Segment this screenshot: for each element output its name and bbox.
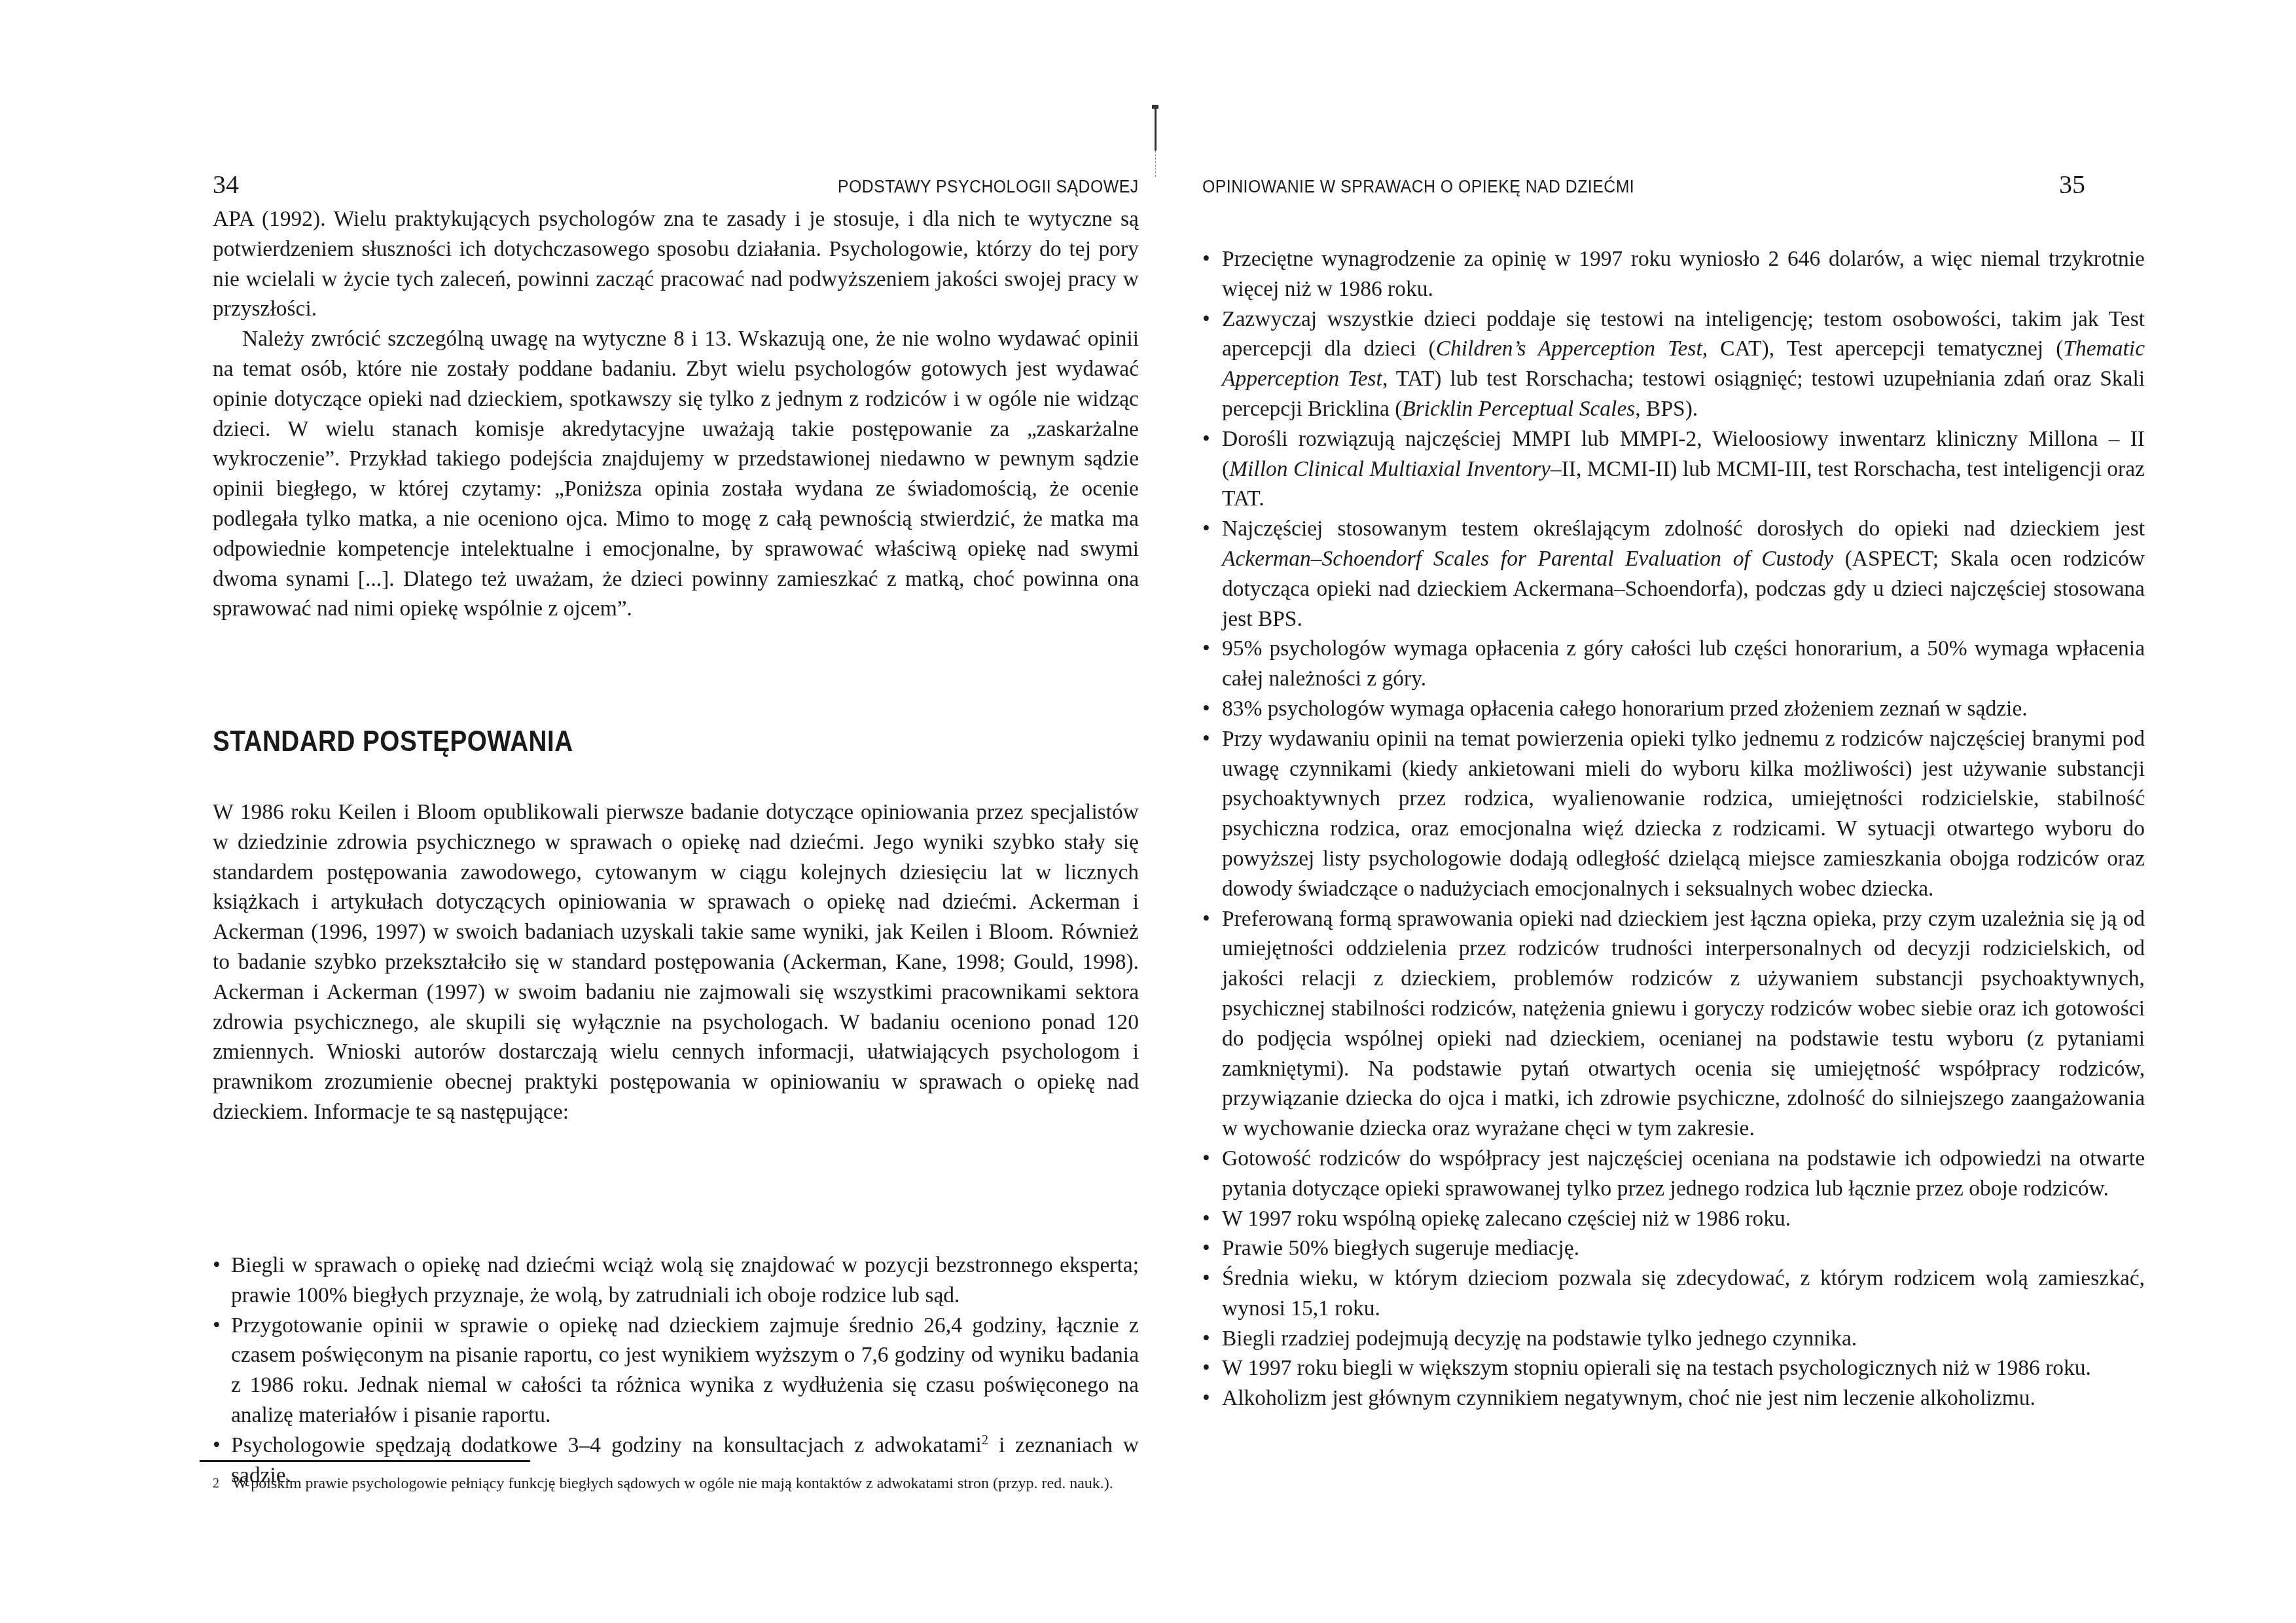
right-bullet-list: Przeciętne wynagrodzenie za opinię w 199… xyxy=(1202,244,2145,1413)
left-column: APA (1992). Wielu praktykujących psychol… xyxy=(213,204,1139,624)
italic-title: Bricklin Perceptual Scales xyxy=(1402,397,1635,421)
list-item-text: Preferowaną formą sprawowania opieki nad… xyxy=(1222,907,2145,1141)
italic-title: Children’s Apperception Test xyxy=(1436,337,1702,361)
list-item: Gotowość rodziców do współpracy jest naj… xyxy=(1202,1144,2145,1204)
left-bullet-list: Biegli w sprawach o opiekę nad dziećmi w… xyxy=(213,1250,1139,1490)
list-item: Dorośli rozwiązują najczęściej MMPI lub … xyxy=(1202,424,2145,514)
paragraph: Należy zwrócić szczególną uwagę na wytyc… xyxy=(213,324,1139,624)
footnote-divider xyxy=(200,1460,530,1462)
footnote: 2 W polskim prawie psychologowie pełniąc… xyxy=(213,1473,1126,1495)
list-item-text: Przeciętne wynagrodzenie za opinię w 199… xyxy=(1222,247,2145,301)
footnote-number: 2 xyxy=(213,1473,219,1495)
list-item: 83% psychologów wymaga opłacenia całego … xyxy=(1202,694,2145,724)
list-item-text: Alkoholizm jest głównym czynnikiem negat… xyxy=(1222,1386,2036,1410)
list-item-text: Najczęściej stosowanym testem określając… xyxy=(1222,517,2145,541)
list-item: Alkoholizm jest głównym czynnikiem negat… xyxy=(1202,1383,2145,1413)
list-item: Najczęściej stosowanym testem określając… xyxy=(1202,514,2145,634)
list-item-text: Prawie 50% biegłych sugeruje mediację. xyxy=(1222,1236,1579,1260)
list-item: Średnia wieku, w którym dzieciom pozwala… xyxy=(1202,1264,2145,1324)
list-item-text: Gotowość rodziców do współpracy jest naj… xyxy=(1222,1146,2145,1201)
list-item-text: 95% psychologów wymaga opłacenia z góry … xyxy=(1222,636,2145,691)
footnote-text: W polskim prawie psychologowie pełniący … xyxy=(213,1473,1126,1495)
list-item: W 1997 roku wspólną opiekę zalecano częś… xyxy=(1202,1204,2145,1234)
list-item-text: 83% psychologów wymaga opłacenia całego … xyxy=(1222,697,2028,721)
list-item: Prawie 50% biegłych sugeruje mediację. xyxy=(1202,1233,2145,1264)
list-item: Biegli rzadziej podejmują decyzję na pod… xyxy=(1202,1324,2145,1354)
paragraph: W 1986 roku Keilen i Bloom opublikowali … xyxy=(213,797,1139,1127)
list-item: Przeciętne wynagrodzenie za opinię w 199… xyxy=(1202,244,2145,304)
list-item: 95% psychologów wymaga opłacenia z góry … xyxy=(1202,634,2145,694)
list-item-text: Biegli rzadziej podejmują decyzję na pod… xyxy=(1222,1326,1857,1351)
right-page: OPINIOWANIE W SPRAWACH O OPIEKĘ NAD DZIE… xyxy=(1148,0,2296,1623)
running-head: PODSTAWY PSYCHOLOGII SĄDOWEJ xyxy=(838,177,1139,197)
list-item-text: W 1997 roku biegli w większym stopniu op… xyxy=(1222,1356,2091,1380)
list-item: W 1997 roku biegli w większym stopniu op… xyxy=(1202,1353,2145,1383)
footnote-ref[interactable]: 2 xyxy=(982,1433,988,1448)
list-item: Przy wydawaniu opinii na temat powierzen… xyxy=(1202,724,2145,904)
list-item: Biegli w sprawach o opiekę nad dziećmi w… xyxy=(213,1250,1139,1311)
list-item: Przygotowanie opinii w sprawie o opiekę … xyxy=(213,1311,1139,1431)
list-item-text: Przy wydawaniu opinii na temat powierzen… xyxy=(1222,727,2145,901)
list-item-text: , BPS). xyxy=(1635,397,1698,421)
left-page: 34 PODSTAWY PSYCHOLOGII SĄDOWEJ APA (199… xyxy=(0,0,1148,1623)
italic-title: Ackerman–Schoendorf Scales for Parental … xyxy=(1222,547,1833,571)
page-number: 35 xyxy=(2059,169,2085,200)
section-heading: STANDARD POSTĘPOWANIA xyxy=(213,725,573,758)
running-head: OPINIOWANIE W SPRAWACH O OPIEKĘ NAD DZIE… xyxy=(1202,177,1634,197)
list-item-text: W 1997 roku wspólną opiekę zalecano częś… xyxy=(1222,1207,1791,1231)
page-number: 34 xyxy=(213,169,239,200)
list-item-text: Psychologowie spędzają dodatkowe 3–4 god… xyxy=(231,1433,982,1457)
section-body: W 1986 roku Keilen i Bloom opublikowali … xyxy=(213,797,1139,1127)
italic-title: Millon Clinical Multiaxial Inventory xyxy=(1229,457,1551,481)
list-item: Preferowaną formą sprawowania opieki nad… xyxy=(1202,904,2145,1144)
paragraph: APA (1992). Wielu praktykujących psychol… xyxy=(213,204,1139,324)
list-item: Zazwyczaj wszystkie dzieci poddaje się t… xyxy=(1202,304,2145,424)
list-item-text: Średnia wieku, w którym dzieciom pozwala… xyxy=(1222,1266,2145,1321)
list-item-text: , CAT), Test apercepcji tematycznej ( xyxy=(1702,337,2064,361)
